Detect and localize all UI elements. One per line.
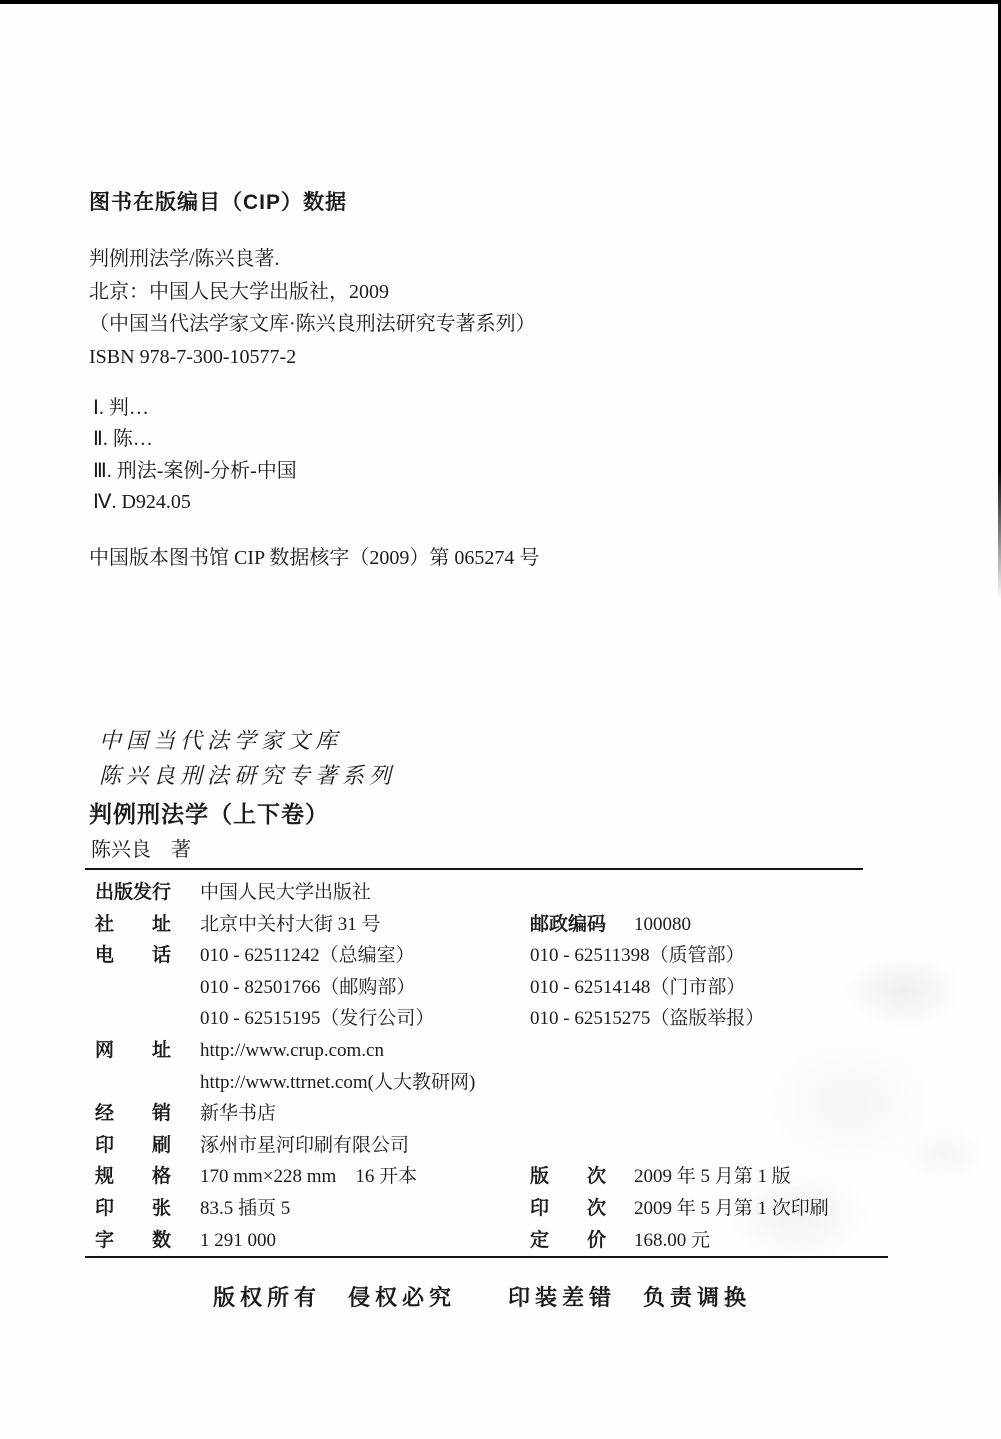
field-value: 168.00 元 <box>634 1230 710 1251</box>
publication-info-table: 出版发行中国人民大学出版社 社 址北京中关村大街 31 号 邮政编码100080… <box>95 877 907 1256</box>
field-value: 中国人民大学出版社 <box>200 882 371 903</box>
field-value: 010 - 62511398（质管部） <box>530 945 745 966</box>
field-value: 010 - 62515195（发行公司） <box>200 1008 434 1029</box>
field-value: 北京中关村大街 31 号 <box>200 914 381 935</box>
field-value: 涿州市星河印刷有限公司 <box>200 1135 409 1156</box>
pub-info-row: 经 销新华书店 <box>95 1098 907 1130</box>
field-value: http://www.crup.com.cn <box>200 1040 384 1061</box>
bib-line-publisher: 北京：中国人民大学出版社，2009 <box>89 276 536 309</box>
field-label: 社 址 <box>95 909 200 941</box>
copyright-notice: 版权所有 侵权必究印装差错 负责调换 <box>213 1281 751 1312</box>
field-value: 1 291 000 <box>200 1230 276 1251</box>
series-block: 中国当代法学家文库 陈兴良刑法研究专著系列 <box>99 723 396 793</box>
scan-edge-top <box>0 0 1001 4</box>
field-label: 印 次 <box>530 1193 634 1225</box>
field-label: 定 价 <box>530 1225 634 1257</box>
pub-info-row: 字 数1 291 000 定 价168.00 元 <box>95 1225 907 1257</box>
field-label: 印 张 <box>95 1193 200 1225</box>
pub-info-row: 010 - 62515195（发行公司） 010 - 62515275（盗版举报… <box>95 1003 907 1035</box>
classification-entry: Ⅱ. 陈… <box>93 424 297 455</box>
divider-bottom <box>85 1256 888 1258</box>
copyright-notice-right: 印装差错 负责调换 <box>508 1285 751 1310</box>
field-label: 印 刷 <box>95 1130 200 1162</box>
pub-info-row: 网 址http://www.crup.com.cn <box>95 1035 907 1067</box>
field-label: 网 址 <box>95 1035 200 1067</box>
series-name-line1: 中国当代法学家文库 <box>99 723 396 758</box>
field-value: 100080 <box>634 914 691 935</box>
book-title: 判例刑法学（上下卷） <box>89 796 329 829</box>
pub-info-row: 社 址北京中关村大街 31 号 邮政编码100080 <box>95 909 907 941</box>
bib-line-isbn: ISBN 978-7-300-10577-2 <box>89 341 536 374</box>
field-value: 010 - 82501766（邮购部） <box>200 977 415 998</box>
field-label: 版 次 <box>530 1161 634 1193</box>
field-label: 出版发行 <box>95 877 200 909</box>
author-line: 陈兴良 著 <box>91 833 191 862</box>
cip-bibliographic-block: 判例刑法学/陈兴良著. 北京：中国人民大学出版社，2009 （中国当代法学家文库… <box>89 243 536 373</box>
field-label: 邮政编码 <box>530 909 634 941</box>
copyright-notice-left: 版权所有 侵权必究 <box>213 1285 456 1310</box>
field-value: 83.5 插页 5 <box>200 1198 290 1219</box>
field-label: 电 话 <box>95 940 200 972</box>
cip-record-number: 中国版本图书馆 CIP 数据核字（2009）第 065274 号 <box>89 541 539 570</box>
classification-entry: Ⅲ. 刑法-案例-分析-中国 <box>93 456 297 487</box>
pub-info-row: http://www.ttrnet.com(人大教研网) <box>95 1067 907 1099</box>
field-value: 010 - 62514148（门市部） <box>530 977 745 998</box>
field-value: 2009 年 5 月第 1 版 <box>634 1166 791 1187</box>
cip-classification-list: Ⅰ. 判… Ⅱ. 陈… Ⅲ. 刑法-案例-分析-中国 Ⅳ. D924.05 <box>93 393 297 518</box>
field-value: 170 mm×228 mm 16 开本 <box>200 1166 417 1187</box>
book-copyright-page: 图书在版编目（CIP）数据 判例刑法学/陈兴良著. 北京：中国人民大学出版社，2… <box>0 0 1001 1439</box>
field-value: 010 - 62511242（总编室） <box>200 945 415 966</box>
pub-info-row: 规 格170 mm×228 mm 16 开本 版 次2009 年 5 月第 1 … <box>95 1161 907 1193</box>
pub-info-row: 印 张83.5 插页 5 印 次2009 年 5 月第 1 次印刷 <box>95 1193 907 1225</box>
field-value: 新华书店 <box>200 1103 276 1124</box>
pub-info-row: 印 刷涿州市星河印刷有限公司 <box>95 1130 907 1162</box>
bib-line-title-author: 判例刑法学/陈兴良著. <box>89 243 536 276</box>
classification-entry: Ⅰ. 判… <box>93 393 297 424</box>
field-value: 010 - 62515275（盗版举报） <box>530 1008 764 1029</box>
classification-entry: Ⅳ. D924.05 <box>93 487 297 518</box>
field-value: 2009 年 5 月第 1 次印刷 <box>634 1198 829 1219</box>
cip-heading: 图书在版编目（CIP）数据 <box>89 186 347 216</box>
pub-info-row: 出版发行中国人民大学出版社 <box>95 877 907 909</box>
pub-info-row: 电 话010 - 62511242（总编室） 010 - 62511398（质管… <box>95 940 907 972</box>
divider-top <box>85 868 863 870</box>
series-name-line2: 陈兴良刑法研究专著系列 <box>99 758 396 793</box>
field-label: 字 数 <box>95 1225 200 1257</box>
field-label: 经 销 <box>95 1098 200 1130</box>
pub-info-row: 010 - 82501766（邮购部） 010 - 62514148（门市部） <box>95 972 907 1004</box>
field-label: 规 格 <box>95 1161 200 1193</box>
field-value: http://www.ttrnet.com(人大教研网) <box>200 1072 475 1093</box>
bib-line-series: （中国当代法学家文库·陈兴良刑法研究专著系列） <box>89 308 536 341</box>
